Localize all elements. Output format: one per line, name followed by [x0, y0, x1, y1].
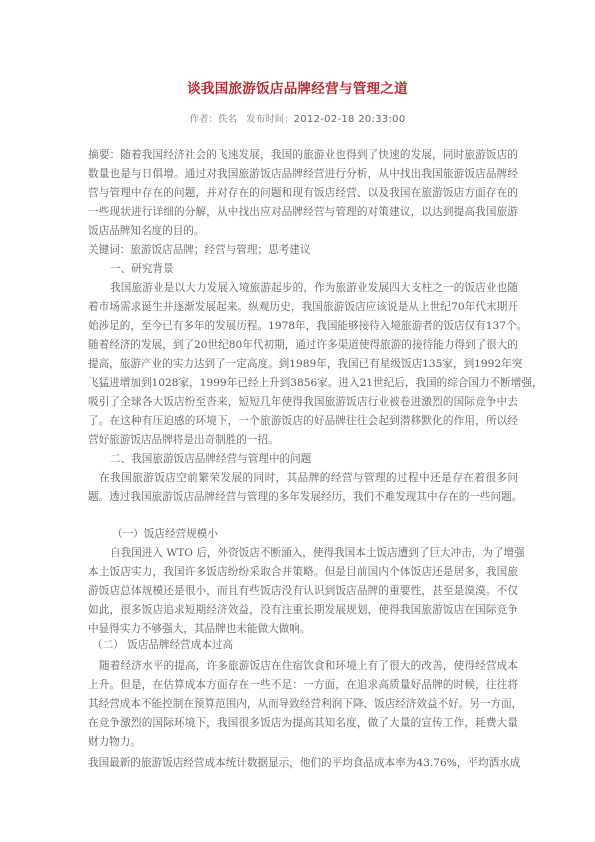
- abstract-line: 营与管理中存在的问题，并对存在的问题和现有饭店经营、以及我国在旅游饭店方面存在的: [88, 186, 518, 200]
- paragraph-line: 始涉足的，至今已有多年的发展历程。1978年，我国能够接待入境旅游者的饭店仅有1…: [88, 319, 518, 333]
- paragraph-line: 题。透过我国旅游饭店品牌经营与管理的多年发展经历，我们不难发现其中存在的一些问题…: [88, 490, 518, 504]
- author-label: 作者：: [189, 114, 218, 125]
- paragraph-line: 着市场需求诞生并逐渐发展起来。纵观历史，我国旅游饭店应该说是从上世纪70年代末期…: [88, 300, 518, 314]
- paragraph-line: 营好旅游饭店品牌将是出奇制胜的一招。: [88, 433, 518, 447]
- paragraph-line: 上升。但是，在估算成本方面存在一些不足：一方面，在追求高质量好品牌的时候，往往将: [88, 678, 518, 692]
- paragraph-line: 自我国进入 WTO 后，外资饭店不断涌入，使得我国本土饭店遭到了巨大冲击，为了增…: [110, 546, 518, 560]
- paragraph-line: 了。在这种有压迫感的环境下，一个旅游饭店的好品牌往往会起到潜移默化的作用，所以经: [88, 414, 518, 428]
- keywords-line: 关键词：旅游饭店品牌；经营与管理；思考建议: [88, 243, 518, 257]
- published-label: 发布时间：: [246, 114, 294, 125]
- paragraph-line: 我国最新的旅游饭店经营成本统计数据显示，他们的平均食品成本率为43.76%，平均…: [88, 756, 518, 770]
- article-meta: 作者：佚名 发布时间：2012-02-18 20:33:00: [0, 111, 595, 125]
- abstract-line: 摘要：随着我国经济社会的飞速发展，我国的旅游业也得到了快速的发展，同时旅游饭店的: [88, 148, 518, 162]
- paragraph-line: 提高，旅游产业的实力达到了一定高度。到1989年，我国已有星级饭店135家，到1…: [88, 357, 518, 371]
- paragraph-line: 飞猛进增加到1028家，1999年已经上升到3856家。进入21世纪后，我国的综…: [88, 376, 518, 390]
- paragraph-line: 吸引了全球各大饭店纷至沓来，短短几年使得我国旅游饭店行业被卷进激烈的国际竞争中去: [88, 395, 518, 409]
- paragraph-line: 在竞争激烈的国际环境下，我国很多饭店为提高其知名度，做了大量的宣传工作，耗费大量: [88, 716, 518, 730]
- paragraph-line: 中显得实力不够强大，其品牌也未能做大做响。: [88, 622, 518, 636]
- subsection-heading-1: （一）饭店经营规模小: [112, 527, 218, 541]
- published-time: 2012-02-18 20:33:00: [294, 114, 406, 125]
- paragraph-line: 游饭店总体规模还是很小，而且有些饭店没有认识到饭店品牌的重要性，甚至是漠漠。不仅: [88, 584, 518, 598]
- paragraph-line: 随着经济的发展，到了20世纪80年代初期，通过许多渠道使得旅游的接待能力得到了很…: [88, 338, 518, 352]
- paragraph-line: 财力物力。: [88, 735, 518, 749]
- abstract-line: 饭店品牌知名度的目的。: [88, 224, 518, 238]
- section-heading-1: 一、研究背景: [110, 262, 174, 276]
- subsection-heading-2: （二） 饭店品牌经营成本过高: [92, 638, 233, 652]
- article-title: 谈我国旅游饭店品牌经营与管理之道: [0, 77, 595, 97]
- paragraph-line: 我国旅游业是以大力发展入境旅游起步的，作为旅游业发展四大支柱之一的饭店业也随: [110, 281, 518, 295]
- abstract-line: 一些现状进行详细的分解，从中找出应对品牌经营与管理的对策建议，以达到提高我国旅游: [88, 205, 518, 219]
- abstract-line: 数量也是与日俱增。通过对我国旅游饭店品牌经营进行分析，从中找出我国旅游饭店品牌经: [88, 167, 518, 181]
- paragraph-line: 其经营成本不能控制在预算范围内，从而导致经营利润下降、饭店经济效益不好。另一方面…: [88, 697, 518, 711]
- author-name: 佚名: [218, 114, 237, 125]
- section-heading-2: 二、我国旅游饭店品牌经营与管理中的问题: [110, 452, 311, 466]
- paragraph-line: 本土饭店实力，我国许多饭店纷纷采取合并策略。但是目前国内个体饭店还是居多，我国旅: [88, 565, 518, 579]
- paragraph-line: 在我国旅游饭店空前繁荣发展的同时，其品牌的经营与管理的过程中还是存在着很多问: [99, 471, 518, 485]
- paragraph-line: 如此，很多饭店追求短期经济效益，没有注重长期发展规划，使得我国旅游饭店在国际竞争: [88, 603, 518, 617]
- paragraph-line: 随着经济水平的提高，许多旅游饭店在住宿饮食和环境上有了很大的改善，使得经营成本: [99, 659, 518, 673]
- document-page: 谈我国旅游饭店品牌经营与管理之道 作者：佚名 发布时间：2012-02-18 2…: [0, 0, 595, 842]
